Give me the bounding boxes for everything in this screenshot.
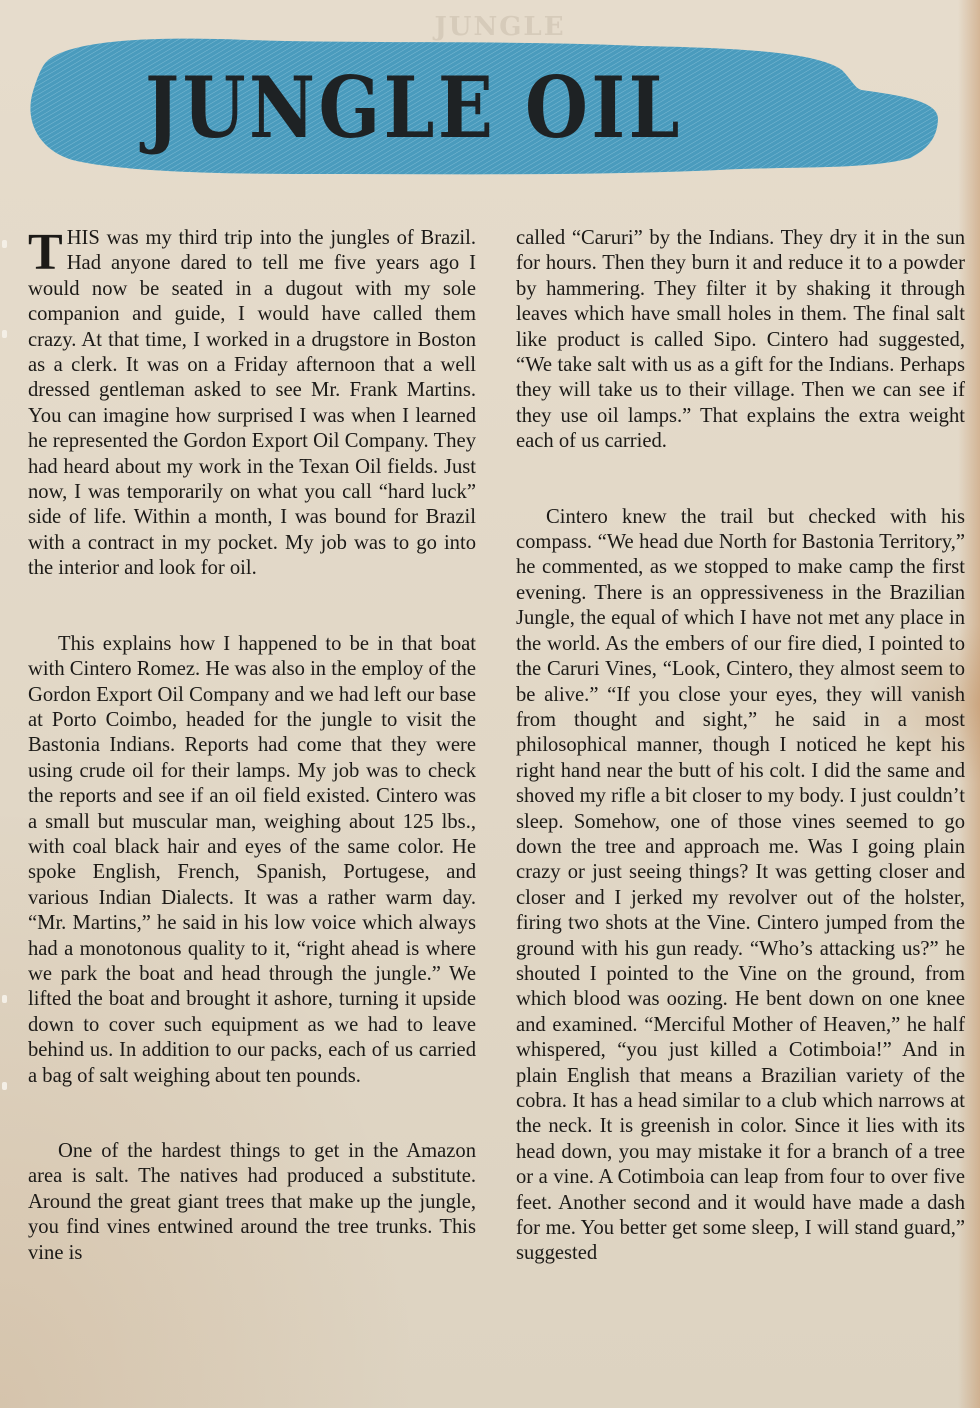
paragraph-3-continued: called “Caruri” by the Indians. They dry… xyxy=(516,226,965,455)
paragraph-2: This explains how I happened to be in th… xyxy=(28,632,476,1089)
paragraph-1-text: HIS was my third trip into the jungles o… xyxy=(28,227,476,579)
left-text-column: THIS was my third trip into the jungles … xyxy=(28,226,476,1266)
right-text-column: called “Caruri” by the Indians. They dry… xyxy=(516,226,965,1267)
binding-hole xyxy=(2,330,7,338)
binding-hole xyxy=(2,240,7,248)
story-title: JUNGLE OIL xyxy=(145,58,747,158)
binding-hole xyxy=(2,995,7,1003)
binding-hole xyxy=(2,1082,7,1090)
paragraph-4: Cintero knew the trail but checked with … xyxy=(516,505,965,1267)
paragraph-1: THIS was my third trip into the jungles … xyxy=(28,226,476,582)
story-page: JUNGLE OIL JUNGLE OIL THIS was my third … xyxy=(0,0,980,1408)
drop-cap: T xyxy=(28,228,67,274)
paragraph-3: One of the hardest things to get in the … xyxy=(28,1139,476,1266)
